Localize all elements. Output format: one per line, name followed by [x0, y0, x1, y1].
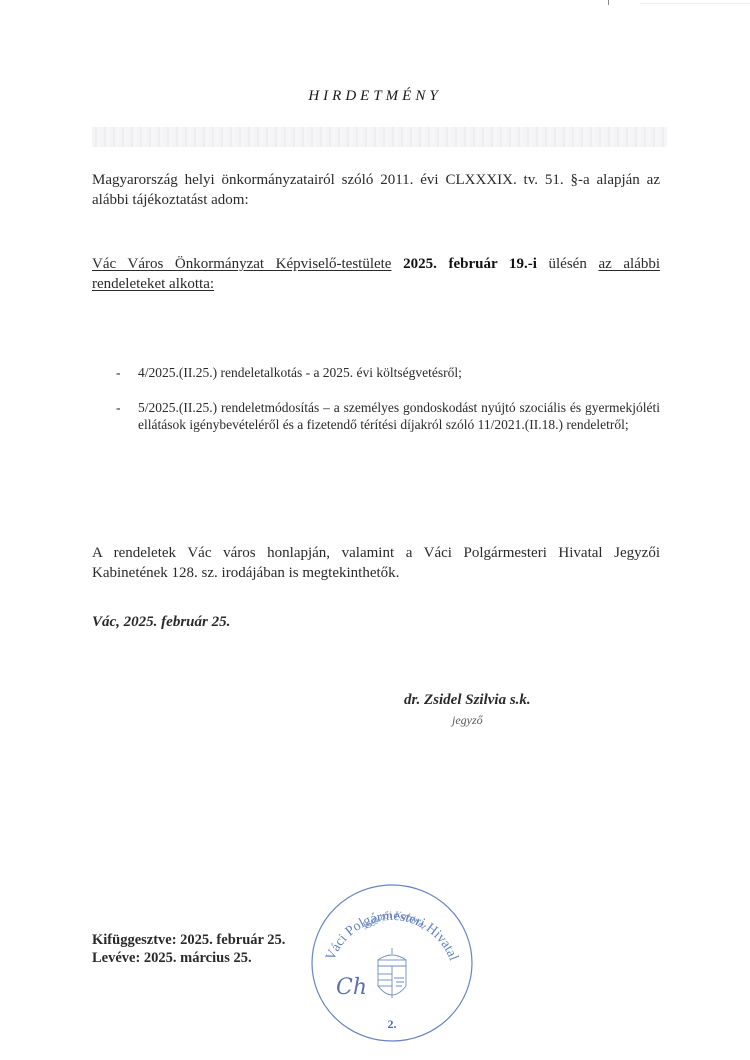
place-date: Vác, 2025. február 25.: [92, 614, 230, 631]
svg-text:2.: 2.: [388, 1017, 397, 1031]
scan-line: [640, 3, 750, 4]
intro-paragraph: Magyarország helyi önkormányzatairól szó…: [92, 170, 660, 210]
council-name: Vác Város Önkormányzat Képviselő-testüle…: [92, 256, 391, 272]
decree-text: 4/2025.(II.25.) rendeletalkotás - a 2025…: [138, 365, 462, 380]
posted-date: Kifüggesztve: 2025. február 25.: [92, 931, 285, 949]
scan-mark: [608, 0, 609, 5]
signatory-name: dr. Zsidel Szilvia s.k.: [404, 692, 531, 709]
list-item: - 5/2025.(II.25.) rendeletmódosítás – a …: [112, 399, 660, 433]
official-stamp-icon: Váci Polgármesteri Hivatal Jegyzői Kabin…: [308, 882, 476, 1044]
removed-date: Levéve: 2025. március 25.: [92, 949, 285, 967]
availability-paragraph: A rendeletek Vác város honlapján, valami…: [92, 543, 660, 583]
posting-info: Kifüggesztve: 2025. február 25. Levéve: …: [92, 931, 285, 967]
session-word: ülésén: [549, 256, 587, 272]
signatory-role: jegyző: [452, 713, 483, 728]
dash-bullet: -: [116, 364, 121, 381]
session-date: 2025. február 19.-i: [403, 256, 537, 272]
session-paragraph: Vác Város Önkormányzat Képviselő-testüle…: [92, 254, 660, 294]
decree-text: 5/2025.(II.25.) rendeletmódosítás – a sz…: [138, 400, 660, 432]
redacted-band: [92, 127, 667, 147]
svg-text:Ch: Ch: [336, 975, 367, 1000]
list-item: - 4/2025.(II.25.) rendeletalkotás - a 20…: [112, 364, 660, 381]
document-title: HIRDETMÉNY: [0, 88, 750, 105]
dash-bullet: -: [116, 399, 121, 416]
decree-list: - 4/2025.(II.25.) rendeletalkotás - a 20…: [112, 364, 660, 451]
coat-of-arms-icon: [378, 948, 406, 998]
